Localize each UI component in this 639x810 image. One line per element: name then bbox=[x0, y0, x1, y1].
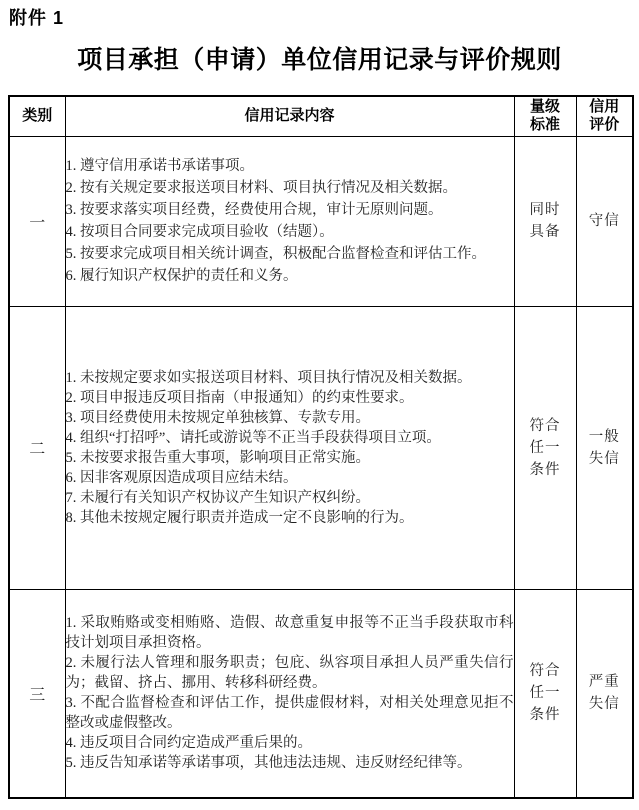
content-item: 6. 履行知识产权保护的责任和义务。 bbox=[66, 265, 514, 287]
evaluation-cell: 守信 bbox=[576, 136, 633, 306]
col-header-standard: 量级标准 bbox=[514, 96, 576, 136]
content-item: 2. 按有关规定要求报送项目材料、项目执行情况及相关数据。 bbox=[66, 177, 514, 199]
table-row-serious-dishonesty: 三 1. 采取贿赂或变相贿赂、造假、故意重复申报等不正当手段获取市科技计划项目承… bbox=[9, 589, 633, 798]
standard-cell: 符合任一条件 bbox=[514, 306, 576, 589]
col-header-evaluation: 信用评价 bbox=[576, 96, 633, 136]
content-item: 5. 违反告知承诺等承诺事项，其他违法违规、违反财经纪律等。 bbox=[66, 753, 514, 773]
content-cell: 1. 遵守信用承诺书承诺事项。 2. 按有关规定要求报送项目材料、项目执行情况及… bbox=[65, 136, 514, 306]
page-title: 项目承担（申请）单位信用记录与评价规则 bbox=[0, 40, 639, 76]
content-item: 2. 项目申报违反项目指南（申报通知）的约束性要求。 bbox=[66, 388, 514, 408]
category-cell: 三 bbox=[9, 589, 65, 798]
content-item: 1. 未按规定要求如实报送项目材料、项目执行情况及相关数据。 bbox=[66, 368, 514, 388]
col-header-category: 类别 bbox=[9, 96, 65, 136]
content-item: 3. 按要求落实项目经费，经费使用合规，审计无原则问题。 bbox=[66, 199, 514, 221]
content-item: 3. 不配合监督检查和评估工作，提供虚假材料，对相关处理意见拒不整改或虚假整改。 bbox=[66, 693, 514, 733]
content-cell: 1. 未按规定要求如实报送项目材料、项目执行情况及相关数据。 2. 项目申报违反… bbox=[65, 306, 514, 589]
content-item: 1. 遵守信用承诺书承诺事项。 bbox=[66, 155, 514, 177]
document-page: 附件 1 项目承担（申请）单位信用记录与评价规则 类别 信用记录内容 量级标准 … bbox=[0, 0, 639, 810]
evaluation-text: 一般失信 bbox=[585, 426, 623, 470]
table-row-trustworthy: 一 1. 遵守信用承诺书承诺事项。 2. 按有关规定要求报送项目材料、项目执行情… bbox=[9, 136, 633, 306]
standard-cell: 同时具备 bbox=[514, 136, 576, 306]
content-item: 2. 未履行法人管理和服务职责；包庇、纵容项目承担人员严重失信行为；截留、挤占、… bbox=[66, 653, 514, 693]
standard-text: 同时具备 bbox=[526, 199, 564, 243]
evaluation-text: 守信 bbox=[585, 210, 623, 232]
col-header-content: 信用记录内容 bbox=[65, 96, 514, 136]
col-header-evaluation-text: 信用评价 bbox=[587, 98, 622, 134]
table-row-general-dishonesty: 二 1. 未按规定要求如实报送项目材料、项目执行情况及相关数据。 2. 项目申报… bbox=[9, 306, 633, 589]
category-cell: 一 bbox=[9, 136, 65, 306]
content-cell: 1. 采取贿赂或变相贿赂、造假、故意重复申报等不正当手段获取市科技计划项目承担资… bbox=[65, 589, 514, 798]
table-header-row: 类别 信用记录内容 量级标准 信用评价 bbox=[9, 96, 633, 136]
credit-rules-table: 类别 信用记录内容 量级标准 信用评价 一 1. 遵守信用承诺书承诺事项。 2.… bbox=[8, 95, 634, 799]
category-cell: 二 bbox=[9, 306, 65, 589]
standard-cell: 符合任一条件 bbox=[514, 589, 576, 798]
content-item: 7. 未履行有关知识产权协议产生知识产权纠纷。 bbox=[66, 488, 514, 508]
content-item: 3. 项目经费使用未按规定单独核算、专款专用。 bbox=[66, 408, 514, 428]
attachment-label: 附件 1 bbox=[9, 4, 64, 30]
evaluation-cell: 一般失信 bbox=[576, 306, 633, 589]
col-header-standard-text: 量级标准 bbox=[528, 98, 563, 134]
content-item: 5. 未按要求报告重大事项，影响项目正常实施。 bbox=[66, 448, 514, 468]
content-item: 6. 因非客观原因造成项目应结未结。 bbox=[66, 468, 514, 488]
evaluation-cell: 严重失信 bbox=[576, 589, 633, 798]
standard-text: 符合任一条件 bbox=[526, 660, 564, 726]
content-item: 5. 按要求完成项目相关统计调查，积极配合监督检查和评估工作。 bbox=[66, 243, 514, 265]
evaluation-text: 严重失信 bbox=[585, 671, 623, 715]
content-item: 4. 组织“打招呼”、请托或游说等不正当手段获得项目立项。 bbox=[66, 428, 514, 448]
content-item: 8. 其他未按规定履行职责并造成一定不良影响的行为。 bbox=[66, 508, 514, 528]
content-item: 4. 违反项目合同约定造成严重后果的。 bbox=[66, 733, 514, 753]
standard-text: 符合任一条件 bbox=[526, 415, 564, 481]
content-item: 4. 按项目合同要求完成项目验收（结题）。 bbox=[66, 221, 514, 243]
content-item: 1. 采取贿赂或变相贿赂、造假、故意重复申报等不正当手段获取市科技计划项目承担资… bbox=[66, 613, 514, 653]
